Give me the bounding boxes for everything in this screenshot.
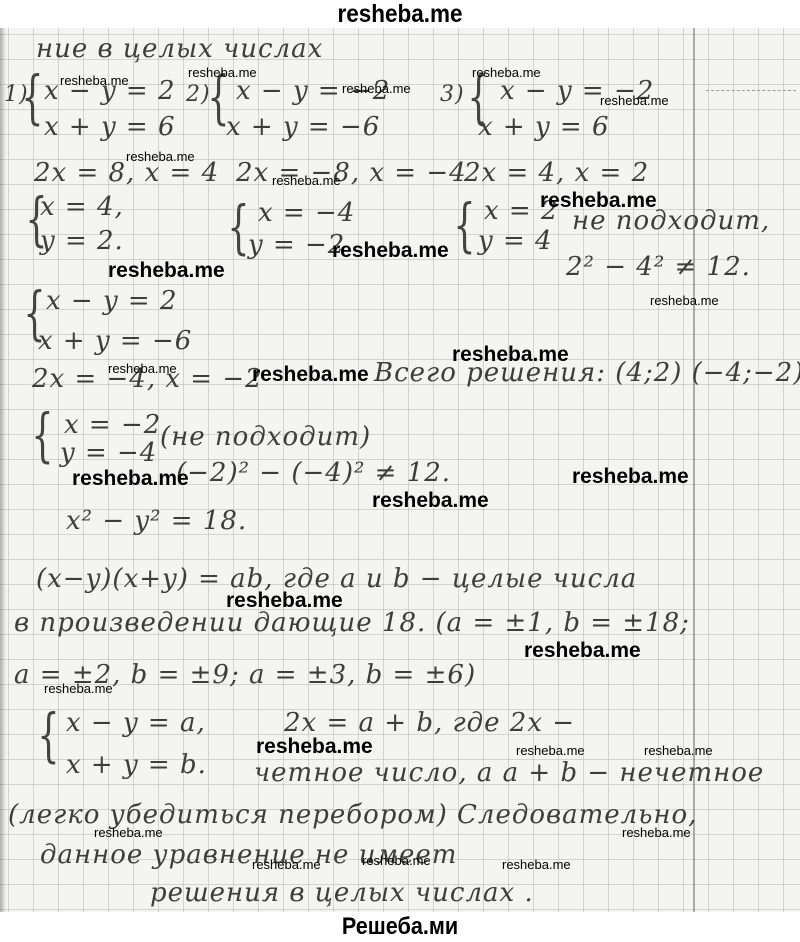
case2-result-brace: { [227, 198, 249, 256]
watermark: resheba.me [252, 858, 321, 871]
watermark: resheba.me [644, 744, 713, 757]
watermark: resheba.me [126, 150, 195, 163]
page-edge-shadow [0, 28, 6, 912]
watermark: resheba.me [188, 66, 257, 79]
case4-note: (не подходит) [160, 424, 371, 450]
watermark: resheba.me [108, 362, 177, 375]
watermark: resheba.me [60, 74, 129, 87]
case2-eq2: x + y = −6 [226, 114, 380, 140]
watermark: resheba.me [362, 854, 431, 867]
watermark: resheba.me [94, 826, 163, 839]
watermark: resheba.me [332, 240, 449, 261]
case1-res-y: y = 2. [40, 228, 124, 254]
watermark: resheba.me [256, 736, 373, 757]
case4-eq1: x − y = 2 [46, 288, 178, 314]
system-b: x + y = b. [66, 752, 207, 778]
case1-brace: { [21, 68, 43, 126]
watermark: resheba.me [342, 82, 411, 95]
watermark: resheba.me [272, 174, 341, 187]
dashed-mark [706, 90, 796, 91]
watermark: resheba.me [108, 260, 225, 281]
system-a: x − y = a, [66, 710, 206, 736]
site-header: resheba.me [40, 0, 760, 28]
main-equation: x² − y² = 18. [66, 508, 247, 534]
case2-step: 2x = −8, x = −4 [236, 160, 467, 186]
site-footer: Решеба.ми [40, 912, 760, 942]
case1-res-x: x = 4, [40, 194, 124, 220]
case3-step: 2x = 4, x = 2 [464, 160, 649, 186]
case3-check: 2² − 4² ≠ 12. [566, 254, 751, 280]
watermark: resheba.me [502, 858, 571, 871]
case1-eq2: x + y = 6 [44, 114, 176, 140]
watermark: resheba.me [372, 490, 489, 511]
case4-result-brace: { [31, 406, 53, 464]
case3-res-y: y = 4 [478, 228, 553, 254]
case3-number: 3) [440, 84, 465, 106]
watermark: resheba.me [524, 640, 641, 661]
case2-res-y: y = −2 [248, 232, 345, 258]
case4-check: (−2)² − (−4)² ≠ 12. [176, 460, 451, 486]
watermark: resheba.me [472, 66, 541, 79]
all-solutions: Всего решения: (4;2) (−4;−2). [374, 360, 800, 386]
watermark: resheba.me [452, 344, 569, 365]
watermark: resheba.me [72, 468, 189, 489]
watermark: resheba.me [540, 190, 657, 211]
watermark: resheba.me [650, 294, 719, 307]
case4-res-y: y = −4 [60, 440, 157, 466]
watermark: resheba.me [622, 826, 691, 839]
final-line: решения в целых числах . [150, 880, 534, 906]
case4-eq2: x + y = −6 [38, 328, 192, 354]
case2-res-x: x = −4 [258, 200, 355, 226]
product-line: в произведении дающие 18. (a = ±1, b = ±… [14, 610, 690, 636]
system-brace: { [37, 706, 59, 764]
watermark: resheba.me [252, 364, 369, 385]
notebook-page: ние в целых числах 1) { x − y = 2 x + y … [0, 28, 800, 912]
watermark: resheba.me [226, 590, 343, 611]
parity-line: четное число, а a + b − нечетное [254, 760, 764, 786]
top-line-text: ние в целых числах [36, 36, 323, 62]
watermark: resheba.me [516, 744, 585, 757]
case4-res-x: x = −2 [64, 412, 161, 438]
watermark: resheba.me [44, 682, 113, 695]
sum-line: 2x = a + b, где 2x − [284, 710, 575, 736]
case3-eq2: x + y = 6 [478, 114, 610, 140]
watermark: resheba.me [572, 466, 689, 487]
case3-result-brace: { [453, 196, 475, 254]
watermark: resheba.me [600, 94, 669, 107]
